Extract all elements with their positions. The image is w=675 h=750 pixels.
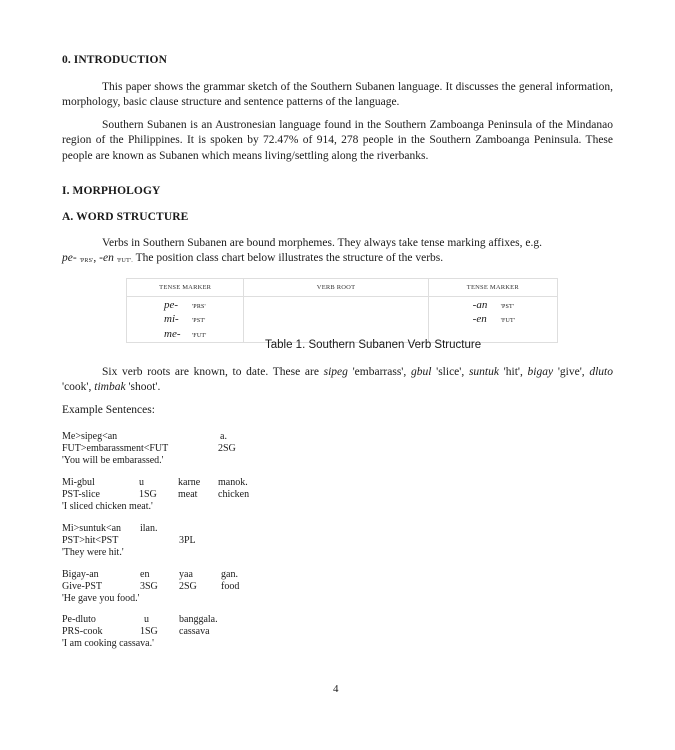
root-meaning: 'slice', bbox=[431, 366, 469, 378]
morpheme-line: Mi>suntuk<an ilan. bbox=[62, 523, 124, 535]
morpheme: karne bbox=[178, 477, 200, 489]
example-sentence: Pe-dluto u banggala. PRS-cook 1SG cassav… bbox=[62, 614, 154, 649]
morpheme-line: Mi-gbul u karne manok. bbox=[62, 477, 153, 489]
example-sentence: Mi>suntuk<an ilan. PST>hit<PST 3PL 'They… bbox=[62, 523, 124, 558]
morpheme-line: Bigay-an en yaa gan. bbox=[62, 569, 139, 581]
section-heading-morphology: I. MORPHOLOGY bbox=[62, 185, 160, 197]
translation: 'I sliced chicken meat.' bbox=[62, 501, 153, 513]
gloss: 2SG bbox=[218, 443, 236, 455]
suffix-item: -an'PST' bbox=[473, 299, 557, 313]
prefix-affix: mi- bbox=[164, 313, 192, 325]
gloss: 2SG bbox=[179, 581, 197, 593]
example-sentence: Me>sipeg<an a. FUT>embarassment<FUT 2SG … bbox=[62, 431, 163, 466]
morpheme: yaa bbox=[179, 569, 193, 581]
intro-paragraph-1: This paper shows the grammar sketch of t… bbox=[62, 80, 613, 111]
gloss: cassava bbox=[179, 626, 210, 638]
example-sentence: Bigay-an en yaa gan. Give-PST 3SG 2SG fo… bbox=[62, 569, 139, 604]
verb-structure-table: TENSE MARKER VERB ROOT TENSE MARKER pe-'… bbox=[126, 278, 558, 343]
root-meaning: 'give', bbox=[553, 366, 589, 378]
translation: 'I am cooking cassava.' bbox=[62, 638, 154, 650]
morpheme-line: Me>sipeg<an a. bbox=[62, 431, 163, 443]
gloss: Give-PST bbox=[62, 581, 102, 593]
gloss: chicken bbox=[218, 489, 249, 501]
morpheme: ilan. bbox=[140, 523, 158, 535]
translation: 'You will be embarassed.' bbox=[62, 455, 163, 467]
morpheme: Me>sipeg<an bbox=[62, 431, 117, 443]
translation: 'He gave you food.' bbox=[62, 593, 139, 605]
table-row: pe-'PRS' mi-'PST' me-'FUT' -an' bbox=[127, 297, 558, 343]
root-word: timbak bbox=[94, 381, 125, 393]
prefix-cell: pe-'PRS' mi-'PST' me-'FUT' bbox=[127, 297, 244, 343]
gloss: PST-slice bbox=[62, 489, 100, 501]
suffix-item: -en'FUT' bbox=[473, 313, 557, 327]
gloss: 3SG bbox=[140, 581, 158, 593]
root-meaning: 'hit', bbox=[499, 366, 528, 378]
prefix-item: mi-'PST' bbox=[164, 313, 243, 327]
root-word: suntuk bbox=[469, 366, 499, 378]
morpheme-line: Pe-dluto u banggala. bbox=[62, 614, 154, 626]
gloss-line: FUT>embarassment<FUT 2SG bbox=[62, 443, 163, 455]
morpheme: Pe-dluto bbox=[62, 614, 96, 626]
morpheme: u bbox=[144, 614, 149, 626]
root-word: bigay bbox=[528, 366, 554, 378]
example-gloss-fut: 'FUT'. bbox=[117, 258, 133, 264]
gloss: 3PL bbox=[179, 535, 196, 547]
morpheme: manok. bbox=[218, 477, 248, 489]
morpheme: Mi>suntuk<an bbox=[62, 523, 121, 535]
subsection-heading-word-structure: A. WORD STRUCTURE bbox=[62, 211, 188, 223]
table-header-row: TENSE MARKER VERB ROOT TENSE MARKER bbox=[127, 279, 558, 297]
section-heading-introduction: 0. INTRODUCTION bbox=[62, 54, 167, 66]
example-affix-en: -en bbox=[99, 252, 114, 264]
morpheme: en bbox=[140, 569, 149, 581]
suffix-gloss: 'PST' bbox=[501, 304, 515, 310]
roots-intro: Six verb roots are known, to date. These… bbox=[102, 366, 324, 378]
table-caption: Table 1. Southern Subanen Verb Structure bbox=[265, 339, 481, 351]
root-meaning: 'embarrass', bbox=[348, 366, 411, 378]
examples-heading: Example Sentences: bbox=[62, 404, 155, 416]
prefix-affix: me- bbox=[164, 328, 192, 340]
root-meaning: 'shoot'. bbox=[126, 381, 161, 393]
gloss-line: Give-PST 3SG 2SG food bbox=[62, 581, 139, 593]
verb-root-cell bbox=[244, 297, 428, 343]
suffix-cell: -an'PST' -en'FUT' bbox=[428, 297, 557, 343]
gloss: meat bbox=[178, 489, 197, 501]
page-number: 4 bbox=[333, 683, 339, 695]
suffix-gloss: 'FUT' bbox=[501, 318, 516, 324]
word-structure-tail: The position class chart below illustrat… bbox=[133, 252, 443, 264]
gloss-line: PST-slice 1SG meat chicken bbox=[62, 489, 153, 501]
morpheme: Bigay-an bbox=[62, 569, 99, 581]
gloss-line: PRS-cook 1SG cassava bbox=[62, 626, 154, 638]
example-sentence: Mi-gbul u karne manok. PST-slice 1SG mea… bbox=[62, 477, 153, 512]
header-suffix-tense-marker: TENSE MARKER bbox=[428, 279, 557, 297]
morpheme: a. bbox=[220, 431, 227, 443]
morpheme: u bbox=[139, 477, 144, 489]
root-word: gbul bbox=[411, 366, 431, 378]
prefix-gloss: 'FUT' bbox=[192, 333, 207, 339]
gloss: PST>hit<PST bbox=[62, 535, 118, 547]
gloss: 1SG bbox=[140, 626, 158, 638]
root-word: sipeg bbox=[324, 366, 348, 378]
prefix-item: pe-'PRS' bbox=[164, 299, 243, 313]
root-meaning: 'cook', bbox=[62, 381, 94, 393]
header-verb-root: VERB ROOT bbox=[244, 279, 428, 297]
prefix-gloss: 'PRS' bbox=[192, 304, 206, 310]
prefix-gloss: 'PST' bbox=[192, 318, 206, 324]
word-structure-paragraph: Verbs in Southern Subanen are bound morp… bbox=[62, 236, 613, 270]
morpheme: Mi-gbul bbox=[62, 477, 95, 489]
gloss: food bbox=[221, 581, 239, 593]
morpheme: banggala. bbox=[179, 614, 218, 626]
example-affix-pe: pe- bbox=[62, 252, 77, 264]
example-gloss-prs: 'PRS' bbox=[80, 258, 94, 264]
gloss: FUT>embarassment<FUT bbox=[62, 443, 168, 455]
intro-paragraph-2: Southern Subanen is an Austronesian lang… bbox=[62, 118, 613, 164]
translation: 'They were hit.' bbox=[62, 547, 124, 559]
suffix-affix: -en bbox=[473, 313, 501, 325]
prefix-affix: pe- bbox=[164, 299, 192, 311]
gloss: PRS-cook bbox=[62, 626, 103, 638]
word-structure-text: Verbs in Southern Subanen are bound morp… bbox=[102, 237, 542, 249]
suffix-affix: -an bbox=[473, 299, 501, 311]
morpheme: gan. bbox=[221, 569, 238, 581]
prefix-item: me-'FUT' bbox=[164, 328, 243, 342]
root-word: dluto bbox=[589, 366, 613, 378]
gloss: 1SG bbox=[139, 489, 157, 501]
gloss-line: PST>hit<PST 3PL bbox=[62, 535, 124, 547]
verb-roots-paragraph: Six verb roots are known, to date. These… bbox=[62, 365, 613, 396]
header-prefix-tense-marker: TENSE MARKER bbox=[127, 279, 244, 297]
